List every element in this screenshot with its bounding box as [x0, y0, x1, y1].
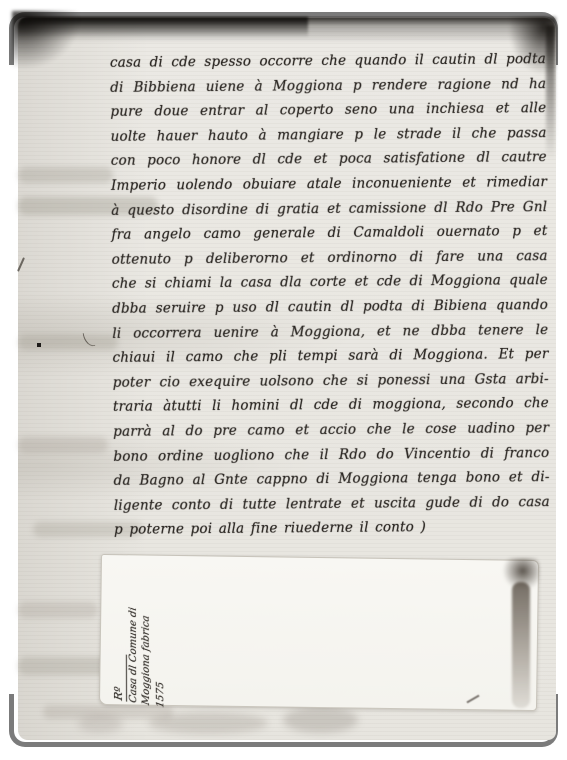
manuscript-line: dbba seruire p uso dl cautin dl podta di… — [112, 293, 548, 321]
slip-line: 1575 — [153, 568, 167, 708]
manuscript-line: Imperio uolendo obuiare atale inconuenie… — [111, 170, 547, 198]
stray-mark — [17, 257, 25, 272]
archival-slip: Rº Casa dl Comune di Moggiona fabrica 15… — [99, 554, 539, 711]
manuscript-line: traria àtutti li homini dl cde di moggio… — [113, 391, 549, 419]
stain — [78, 715, 123, 733]
manuscript-line: parrà al do pre camo et accio che le cos… — [113, 416, 549, 444]
manuscript-line: uolte hauer hauto à mangiare p le strade… — [111, 121, 547, 149]
slip-vertical-text: Rº Casa dl Comune di Moggiona fabrica 15… — [112, 561, 168, 709]
manuscript-line: ottenuto p deliberorno et ordinorno di f… — [112, 244, 548, 272]
manuscript-line: poter cio exequire uolsono che si poness… — [113, 367, 549, 395]
stain — [148, 712, 268, 734]
slip-line: Moggiona fabrica — [140, 566, 154, 706]
manuscript-line: pure doue entrar al coperto seno una inc… — [110, 96, 546, 124]
manuscript-line: bono ordine uogliono che il Rdo do Vince… — [113, 441, 549, 469]
show-through-streak — [18, 167, 113, 183]
manuscript-scan-page: casa di cde spesso occorre che quando il… — [0, 0, 567, 760]
show-through-streak — [18, 437, 108, 453]
stain — [283, 707, 358, 733]
stray-mark — [37, 343, 41, 347]
manuscript-line: ligente conto di tutte lentrate et uscit… — [114, 490, 550, 518]
manuscript-line: casa di cde spesso occorre che quando il… — [110, 47, 546, 75]
show-through-streak — [18, 335, 118, 350]
manuscript-line: chiaui il camo che pli tempi sarà di Mog… — [112, 342, 548, 370]
slip-line: Casa dl Comune di — [126, 564, 140, 704]
manuscript-line: p poterne poi alla fine riuederne il con… — [114, 514, 550, 542]
ink-smear-streak — [512, 582, 530, 708]
manuscript-line: di Bibbiena uiene à Moggiona p rendere r… — [110, 72, 546, 100]
slip-registrar-mark: Rº — [112, 561, 127, 702]
manuscript-line: à questo disordine di gratia et camissio… — [111, 195, 547, 223]
manuscript-line: che si chiami la casa dla corte et cde d… — [112, 268, 548, 296]
manuscript-line: da Bagno al Gnte cappno di Moggiona teng… — [114, 465, 550, 493]
paper-corner-shadow-topleft — [12, 11, 82, 71]
paper-edge-shadow-right — [546, 25, 555, 160]
show-through-streak — [18, 602, 98, 618]
manuscript-line: li occorrera uenire à Moggiona, et ne db… — [112, 318, 548, 346]
manuscript-line: fra angelo camo generale di Camaldoli ou… — [111, 219, 547, 247]
handwritten-text-block: casa di cde spesso occorre che quando il… — [110, 47, 550, 543]
manuscript-line: con poco honore dl cde et poca satisfati… — [111, 145, 547, 173]
